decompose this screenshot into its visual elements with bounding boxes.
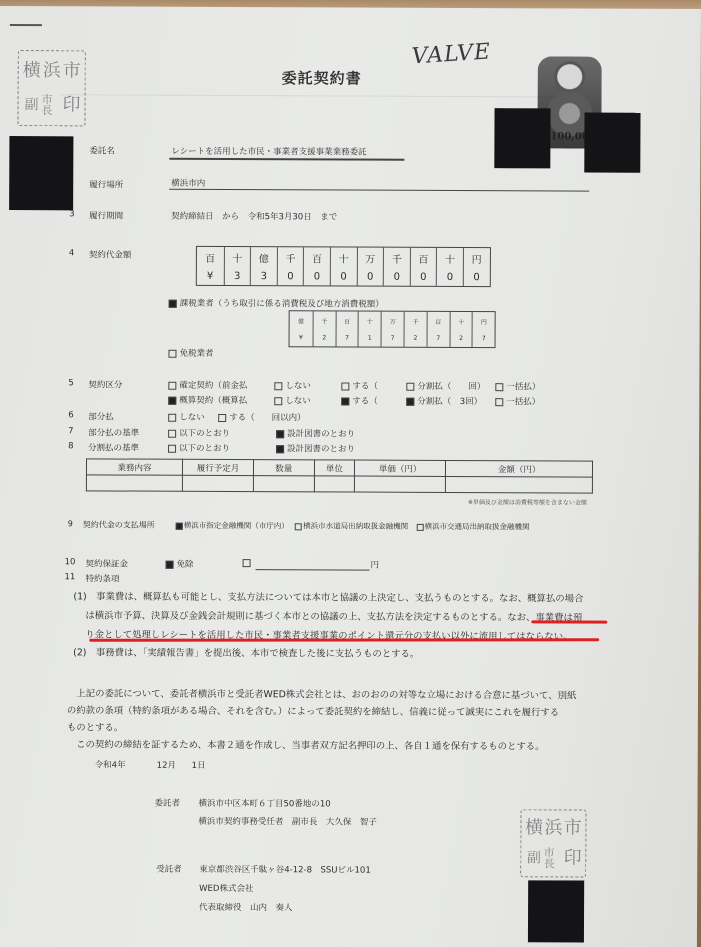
digit-value: 0 <box>420 272 426 283</box>
field-number: 8 <box>68 441 73 451</box>
checkbox-basis-below[interactable] <box>168 429 176 437</box>
checkbox-installment-design[interactable] <box>276 445 284 453</box>
checkbox-option[interactable] <box>495 383 503 391</box>
contract-type-row: 概算契約（概算払 <box>168 394 247 406</box>
digit-place-label: 百 <box>312 250 322 265</box>
field-number: 11 <box>64 572 75 582</box>
taxable-label: 課税業者（うち取引に係る消費税及び地方消費税額） <box>180 299 384 310</box>
digit-place-label: 千 <box>392 251 402 266</box>
amount-cell: 万0 <box>356 248 383 286</box>
client-address: 横浜市中区本町６丁目50番地の10 <box>198 797 330 810</box>
tax-amount-cell: 千2 <box>312 311 335 346</box>
redaction-block <box>494 108 550 168</box>
tax-amount-cell: 百7 <box>335 311 358 346</box>
installment-basis-below: 以下のとおり <box>168 442 230 454</box>
field-label-special-terms: 特約条項 <box>85 572 119 584</box>
deposit-amount <box>243 558 254 568</box>
seal-char: 浜 <box>544 819 562 837</box>
field-value-contract-name: レシートを活用した市民・事業者支援事業業務委託 <box>171 145 366 158</box>
table-cell <box>253 476 314 492</box>
digit-place-label: 百 <box>418 251 428 266</box>
option-label: する（ 回以内） <box>229 413 306 423</box>
exempt-option[interactable]: 免税業者 <box>168 347 213 359</box>
installment-basis-design: 設計図書のとおり <box>276 442 355 454</box>
redaction-block <box>528 880 584 942</box>
digit-place-label: 円 <box>481 317 487 326</box>
field-label-amount: 契約代金額 <box>89 248 132 260</box>
seal-char: 市 <box>564 819 582 837</box>
contract-type-option: する（ <box>341 394 378 406</box>
clause-line: は横浜市予算、決算及び金銭会計規則に基づく本市との協議の上、支払方法を決定するも… <box>73 606 583 627</box>
body-line: ものとする。 <box>67 719 576 738</box>
checkbox-taxable[interactable] <box>169 299 177 307</box>
digit-value: ¥ <box>207 271 213 282</box>
field-number: 10 <box>65 557 76 567</box>
contract-type-option: する（ <box>341 379 378 391</box>
field-number: 9 <box>68 519 73 528</box>
table-header: 業務内容 <box>86 459 182 475</box>
digit-value: 3 <box>234 271 240 282</box>
digit-place-label: 万 <box>390 316 396 325</box>
option-label: 一括払） <box>506 397 540 407</box>
date-era-year: 令和4年 <box>95 758 126 770</box>
contract-type-option: しない <box>274 394 311 406</box>
checkbox-transport-bureau[interactable] <box>416 523 423 530</box>
option-label: 分割払（ 3回） <box>417 397 482 407</box>
checkbox-partial-yes[interactable] <box>218 413 226 421</box>
contract-type-option: 一括払） <box>495 395 540 407</box>
table-row <box>86 475 592 493</box>
checkbox-deposit-exempt[interactable] <box>166 560 174 568</box>
date-month: 12月 <box>157 759 176 771</box>
city-seal-bottom: 横 浜 市 副 市長 印 <box>520 809 586 877</box>
checkbox-deposit-amount[interactable] <box>243 559 251 567</box>
option-label: 一括払） <box>506 382 540 392</box>
contract-type-option: 分割払（ 回） <box>406 380 485 392</box>
client-name: 横浜市契約事務受任者 副市長 大久保 智子 <box>198 815 377 828</box>
option-label: 分割払（ 回） <box>417 382 485 392</box>
digit-value: 1 <box>368 335 372 342</box>
option-label: する（ <box>352 382 378 392</box>
digit-place-label: 十 <box>232 250 242 265</box>
items-table: 業務内容履行予定月数量単位単価（円）金額（円） <box>86 458 593 493</box>
amount-cell: 千0 <box>277 247 304 285</box>
digit-value: 2 <box>414 335 418 342</box>
digit-value: 0 <box>394 272 400 283</box>
tax-amount-cell: 円7 <box>472 312 495 347</box>
table-cell <box>86 475 182 491</box>
partial-payment-options: しない する（ 回以内） <box>168 411 305 424</box>
option-label: 確定契約（前金払 <box>179 381 247 391</box>
seal-char: 印 <box>564 849 582 867</box>
checkbox-option[interactable] <box>495 398 503 406</box>
amount-cell: 十0 <box>436 248 463 286</box>
option-label: 概算契約（概算払 <box>179 396 247 406</box>
option-label: 以下のとおり <box>179 444 230 454</box>
field-label-deposit: 契約保証金 <box>86 557 129 569</box>
seal-char: 横 <box>525 819 543 837</box>
field-value-period: 契約締結日 から 令和5年3月30日 まで <box>171 210 337 223</box>
amount-cell: 百¥ <box>197 247 224 285</box>
contract-type-row: 確定契約（前金払 <box>168 379 247 391</box>
digit-place-label: 十 <box>339 250 349 265</box>
option-label: しない <box>285 396 311 406</box>
digit-place-label: 億 <box>298 316 304 325</box>
digit-place-label: 十 <box>445 251 455 266</box>
field-label-installment-basis: 分割払の基準 <box>88 441 139 453</box>
payment-place-options: 横浜市指定金融機関（市庁内） 横浜市水道局出納取扱金融機関 横浜市交通局出納取扱… <box>176 520 530 533</box>
client-label: 委託者 <box>154 797 180 809</box>
digit-value: 7 <box>345 335 349 342</box>
digit-value: 0 <box>367 272 373 283</box>
checkbox-water-bureau[interactable] <box>295 523 302 530</box>
partial-basis-options: 以下のとおり <box>168 427 230 439</box>
option-label: 以下のとおり <box>179 429 230 439</box>
digit-place-label: 百 <box>205 250 215 265</box>
digit-value: 7 <box>391 335 395 342</box>
tax-amount-cell: 十2 <box>449 312 472 347</box>
table-cell <box>314 476 355 492</box>
seal-char: 浜 <box>43 62 61 80</box>
digit-value: 0 <box>287 271 293 282</box>
amount-grid: 百¥十3億3千0百0十0万0千0百0十0円0 <box>196 246 491 287</box>
digit-place-label: 十 <box>367 316 373 325</box>
table-header: 数量 <box>253 460 314 476</box>
contract-type-option: しない <box>274 379 311 391</box>
amount-cell: 百0 <box>303 247 330 285</box>
seal-char: 印 <box>63 96 81 114</box>
table-header: 単位 <box>314 460 355 476</box>
highlight-underline <box>89 638 599 641</box>
field-label-payment-place: 契約代金の支払場所 <box>83 519 155 530</box>
digit-value: 7 <box>436 335 440 342</box>
digit-value: 0 <box>447 272 453 283</box>
special-term-2: (2) 事務費は、「実績報告書」を提出後、本市で検査した後に支払うものとする。 <box>73 643 419 664</box>
tax-amount-cell: 億¥ <box>290 311 313 346</box>
highlight-underline <box>531 620 607 623</box>
table-header: 履行予定月 <box>183 459 254 475</box>
agreement-body: 上記の委託について、委託者横浜市と受託者WED株式会社とは、おのおのの対等な立場… <box>67 685 577 755</box>
digit-value: 2 <box>322 335 326 342</box>
amount-cell: 円0 <box>463 248 490 286</box>
field-label-period: 履行期間 <box>89 209 123 221</box>
field-label-partial-payment: 部分払 <box>88 410 114 422</box>
checkbox-option[interactable] <box>341 397 349 405</box>
deposit-exempt: 免除 <box>166 558 194 570</box>
exempt-label: 免税業者 <box>179 349 213 359</box>
partial-basis-design: 設計図書のとおり <box>276 427 355 439</box>
handwritten-note: VALVE <box>411 39 492 69</box>
option-label: 免除 <box>177 560 194 570</box>
digit-place-label: 万 <box>365 251 375 266</box>
deposit-unit: 円 <box>371 559 380 571</box>
option-label: 横浜市水道局出納取扱金融機関 <box>303 521 408 530</box>
field-underline <box>169 158 404 161</box>
tax-amount-cell: 百7 <box>426 312 449 347</box>
field-label-partial-basis: 部分払の基準 <box>88 426 139 438</box>
amount-cell: 億3 <box>250 247 277 285</box>
field-number: 3 <box>69 209 74 219</box>
contract-type-option: 分割払（ 3回） <box>406 395 482 407</box>
checkbox-option[interactable] <box>406 397 414 405</box>
body-line: この契約の締結を証するため、本書２通を作成し、当事者双方記名押印の上、各自１通を… <box>67 736 576 755</box>
amount-cell: 十3 <box>223 247 250 285</box>
date-day: 1日 <box>192 759 206 771</box>
bleed-line <box>60 94 560 97</box>
digit-place-label: 十 <box>458 317 464 326</box>
body-line: の約款の条項（特約条項がある場合、それを含む。）によって委託契約を締結し、信義に… <box>67 702 576 721</box>
field-value-location: 横浜市内 <box>171 177 205 189</box>
digit-value: 0 <box>473 272 479 283</box>
body-line: 上記の委託について、委託者横浜市と受託者WED株式会社とは、おのおのの対等な立場… <box>67 685 576 704</box>
clause-line: (1) 事業費は、概算払も可能とし、支払方法については本市と協議の上決定し、支払… <box>73 587 583 608</box>
option-label: する（ <box>352 397 378 407</box>
seal-char: 副 <box>527 851 541 865</box>
checkbox-contract-type[interactable] <box>168 381 176 389</box>
option-label: しない <box>179 413 205 423</box>
option-label: 設計図書のとおり <box>287 444 355 454</box>
redaction-block <box>584 113 640 173</box>
tax-amount-cell: 万7 <box>381 312 404 347</box>
checkbox-contract-type[interactable] <box>168 396 176 404</box>
field-underline <box>169 189 589 192</box>
seal-char: 市 <box>63 62 81 80</box>
field-label-contract-type: 契約区分 <box>88 378 122 390</box>
digit-value: 7 <box>482 335 486 342</box>
option-label: 横浜市指定金融機関（市庁内） <box>184 521 289 530</box>
revenue-stamp-amount: 100,00 <box>550 131 588 142</box>
amount-cell: 千0 <box>383 248 410 286</box>
digit-value: ¥ <box>299 335 303 342</box>
seal-char: 市長 <box>42 94 62 116</box>
digit-value: 2 <box>459 335 463 342</box>
tax-amount-grid: 億¥千2百7十1万7千2百7十2円7 <box>289 310 496 348</box>
checkbox-option[interactable] <box>341 382 349 390</box>
checkbox-exempt[interactable] <box>168 349 176 357</box>
contractor-company: WED株式会社 <box>199 882 253 894</box>
amount-cell: 百0 <box>410 248 437 286</box>
digit-value: 3 <box>261 271 267 282</box>
digit-place-label: 千 <box>285 250 295 265</box>
field-label-contract-name: 委託名 <box>89 144 115 156</box>
table-cell <box>183 475 254 491</box>
table-cell <box>446 476 593 493</box>
checkbox-option[interactable] <box>274 397 282 405</box>
checkbox-basis-design[interactable] <box>276 430 284 438</box>
page-mark <box>10 24 42 26</box>
digit-place-label: 円 <box>472 251 482 266</box>
contractor-address: 東京都渋谷区千駄ヶ谷4-12-8 SSUビル101 <box>199 863 371 876</box>
tax-amount-cell: 千2 <box>404 312 427 347</box>
amount-cell: 十0 <box>330 247 357 285</box>
table-header: 単価（円） <box>355 460 446 476</box>
contractor-representative: 代表取締役 山内 奏人 <box>199 901 293 913</box>
contractor-label: 受託者 <box>156 863 182 875</box>
field-label-location: 履行場所 <box>89 178 123 190</box>
taxable-option[interactable]: 課税業者（うち取引に係る消費税及び地方消費税額） <box>169 297 384 310</box>
table-header: 金額（円） <box>446 460 593 477</box>
document-title: 委託契約書 <box>282 67 362 88</box>
digit-value: 0 <box>340 271 346 282</box>
option-label: 設計図書のとおり <box>287 429 355 439</box>
contract-page: 横 浜 市 副 市長 印 VALVE 委託契約書 100,00 委託名 レシート… <box>0 6 701 947</box>
checkbox-installment-below[interactable] <box>168 444 176 452</box>
seal-char: 市長 <box>544 847 563 869</box>
table-note: ※単価及び金額は消費税等額を含まない金額 <box>468 497 587 507</box>
checkbox-partial-no[interactable] <box>168 413 176 421</box>
field-number: 5 <box>68 378 73 388</box>
checkbox-option[interactable] <box>406 382 414 390</box>
deposit-amount-field[interactable] <box>256 569 370 570</box>
digit-value: 0 <box>314 271 320 282</box>
contract-type-option: 一括払） <box>495 380 540 392</box>
checkbox-option[interactable] <box>274 382 282 390</box>
seal-char: 横 <box>23 62 41 80</box>
digit-place-label: 千 <box>321 316 327 325</box>
digit-place-label: 百 <box>435 317 441 326</box>
tax-amount-cell: 十1 <box>358 312 381 347</box>
option-label: しない <box>285 381 311 391</box>
option-label: 横浜市交通局出納取扱金融機関 <box>424 522 529 531</box>
field-number: 4 <box>69 248 74 258</box>
seal-char: 副 <box>25 98 39 112</box>
table-cell <box>355 476 446 492</box>
field-number: 6 <box>68 410 73 420</box>
digit-place-label: 千 <box>412 317 418 326</box>
checkbox-city-bank[interactable] <box>176 522 183 529</box>
digit-place-label: 億 <box>259 250 269 265</box>
field-number: 7 <box>68 426 73 436</box>
redaction-block <box>9 136 73 210</box>
city-seal-top: 横 浜 市 副 市長 印 <box>17 50 85 126</box>
digit-place-label: 百 <box>344 316 350 325</box>
